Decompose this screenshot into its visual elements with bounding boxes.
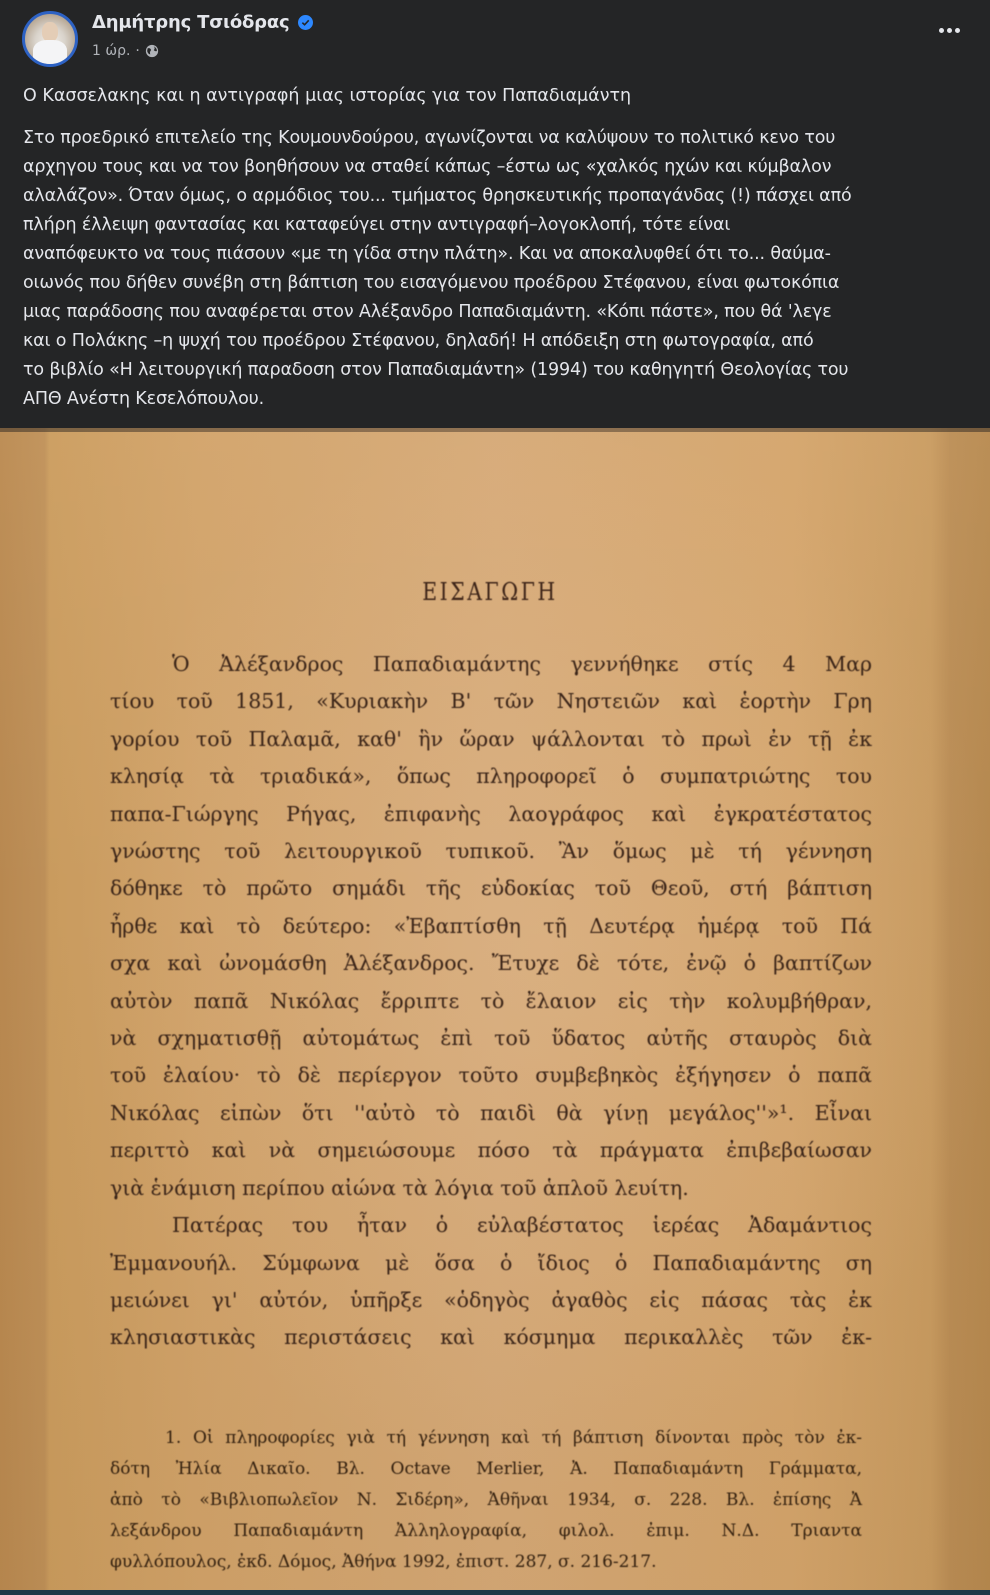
book-footnote: 1. Οἱ πληροφορίες γιὰ τή γέννηση καὶ τή … <box>110 1423 862 1578</box>
book-line: γνώστης τοῦ λειτουργικοῦ τυπικοῦ. Ἂν ὅμω… <box>110 833 872 870</box>
meta-separator: · <box>135 43 139 59</box>
post-body: Στο προεδρικό επιτελείο της Κουμουνδούρο… <box>23 124 973 414</box>
book-line: δόθηκε τὸ πρῶτο σημάδι τῆς εὐδοκίας τοῦ … <box>110 870 872 907</box>
book-line: κλησιαστικὰς περιστάσεις καὶ κόσμημα περ… <box>110 1319 872 1356</box>
book-line: γορίου τοῦ Παλαμᾶ, καθ' ἣν ὥραν ψάλλοντα… <box>110 721 872 758</box>
avatar-body-shape <box>33 40 67 66</box>
book-line: ἦρθε καὶ τὸ δεύτερο: «Ἐβαπτίσθη τῇ Δευτέ… <box>110 908 872 945</box>
dot-icon <box>939 28 944 33</box>
post-body-line: ΑΠΘ Ανέστη Κεσελόπουλου. <box>23 385 973 414</box>
book-line: κλησίᾳ τὰ τριαδικά», ὅπως πληροφορεῖ ὁ σ… <box>110 758 872 795</box>
post-bottom-border <box>0 1590 990 1595</box>
post-title: Ο Κασσελακης και η αντιγραφή μιας ιστορί… <box>23 84 973 108</box>
book-paragraphs: Ὁ Ἀλέξανδρος Παπαδιαμάντης γεννήθηκε στί… <box>110 646 872 1357</box>
dot-icon <box>955 28 960 33</box>
post-body-line: αλαλάζον». Όταν όμως, ο αρμόδιος του... … <box>23 182 973 211</box>
book-line: Ὁ Ἀλέξανδρος Παπαδιαμάντης γεννήθηκε στί… <box>110 646 872 683</box>
chapter-heading: ΕΙΣΑΓΩΓΗ <box>167 578 813 606</box>
book-line: αὐτὸν παπᾶ Νικόλας ἔρριπτε τὸ ἔλαιον εἰς… <box>110 983 872 1020</box>
book-line: τοῦ ἐλαίου· τὸ δὲ περίεργον τοῦτο συμβεβ… <box>110 1057 872 1094</box>
post-timestamp[interactable]: 1 ώρ. <box>92 43 130 59</box>
post-body-line: και ο Πολάκης –η ψυχή του προέδρου Στέφα… <box>23 327 973 356</box>
author-name[interactable]: Δημήτρης Τσιόδρας <box>92 12 290 33</box>
book-line: μειώνει γι' αὐτόν, ὑπῆρξε «ὁδηγὸς ἀγαθὸς… <box>110 1282 872 1319</box>
book-line: Ἐμμανουήλ. Σύμφωνα μὲ ὅσα ὁ ἴδιος ὁ Παπα… <box>110 1245 872 1282</box>
book-line: παπα-Γιώργης Ρήγας, ἐπιφανὴς λαογράφος κ… <box>110 796 872 833</box>
post-body-line: αρχηγου τους και να τον βοηθήσουν να στα… <box>23 153 973 182</box>
footnote-line: λεξάνδρου Παπαδιαμάντη Ἀλληλογραφία, φιλ… <box>110 1516 862 1547</box>
book-line: γιὰ ἑνάμιση περίπου αἰώνα τὰ λόγια τοῦ ἁ… <box>110 1170 872 1207</box>
post-header: Δημήτρης Τσιόδρας 1 ώρ. · <box>0 0 990 76</box>
book-line: Νικόλας εἰπὼν ὅτι ''αὐτὸ τὸ παιδὶ θὰ γίν… <box>110 1095 872 1132</box>
footnote-line: φυλλόπουλος, ἐκδ. Δόμος, Ἀθήνα 1992, ἐπι… <box>110 1547 862 1578</box>
author-avatar[interactable] <box>22 11 78 67</box>
book-line: περιττὸ καὶ νὰ σημειώσουμε πόσο τὰ πράγμ… <box>110 1132 872 1169</box>
facebook-post: Δημήτρης Τσιόδρας 1 ώρ. · Ο Κασσελακης κ… <box>0 0 990 1595</box>
book-line: Πατέρας του ἦταν ὁ εὐλαβέστατος ἱερέας Ἀ… <box>110 1207 872 1244</box>
post-body-line: το βιβλίο «Η λειτουργική παραδοση στον Π… <box>23 356 973 385</box>
footnote-line: ἀπὸ τὸ «Βιβλιοπωλεῖον Ν. Σιδέρη», Ἀθῆναι… <box>110 1485 862 1516</box>
book-page: ΕΙΣΑΓΩΓΗ Ὁ Ἀλέξανδρος Παπαδιαμάντης γενν… <box>110 428 870 1590</box>
post-meta: 1 ώρ. · <box>92 43 159 59</box>
footnote-line: δότη Ἠλία Δικαῖο. Βλ. Octave Merlier, Ἀ.… <box>110 1454 862 1485</box>
footnote-line: 1. Οἱ πληροφορίες γιὰ τή γέννηση καὶ τή … <box>110 1423 862 1454</box>
post-photo[interactable]: ΕΙΣΑΓΩΓΗ Ὁ Ἀλέξανδρος Παπαδιαμάντης γενν… <box>0 428 990 1590</box>
globe-icon[interactable] <box>145 44 159 58</box>
post-body-line: πλήρη έλλειψη φαντασίας και καταφεύγει σ… <box>23 211 973 240</box>
book-line: νὰ σχηματισθῇ αὐτομάτως ἐπὶ τοῦ ὕδατος α… <box>110 1020 872 1057</box>
more-options-button[interactable] <box>939 28 960 33</box>
verified-badge-icon <box>298 15 313 30</box>
post-body-line: αναπόφευκτο να τους πιάσουν «με τη γίδα … <box>23 240 973 269</box>
avatar-head-shape <box>42 22 58 42</box>
post-body-line: Στο προεδρικό επιτελείο της Κουμουνδούρο… <box>23 124 973 153</box>
post-body-line: μιας παράδοσης που αναφέρεται στον Αλέξα… <box>23 298 973 327</box>
book-line: τίου τοῦ 1851, «Κυριακὴν Β' τῶν Νηστειῶν… <box>110 683 872 720</box>
post-body-line: οιωνός που δήθεν συνέβη στη βάπτιση του … <box>23 269 973 298</box>
book-line: σχα καὶ ὠνομάσθη Ἀλέξανδρος. Ἔτυχε δὲ τό… <box>110 945 872 982</box>
author-row: Δημήτρης Τσιόδρας <box>92 12 313 33</box>
dot-icon <box>947 28 952 33</box>
